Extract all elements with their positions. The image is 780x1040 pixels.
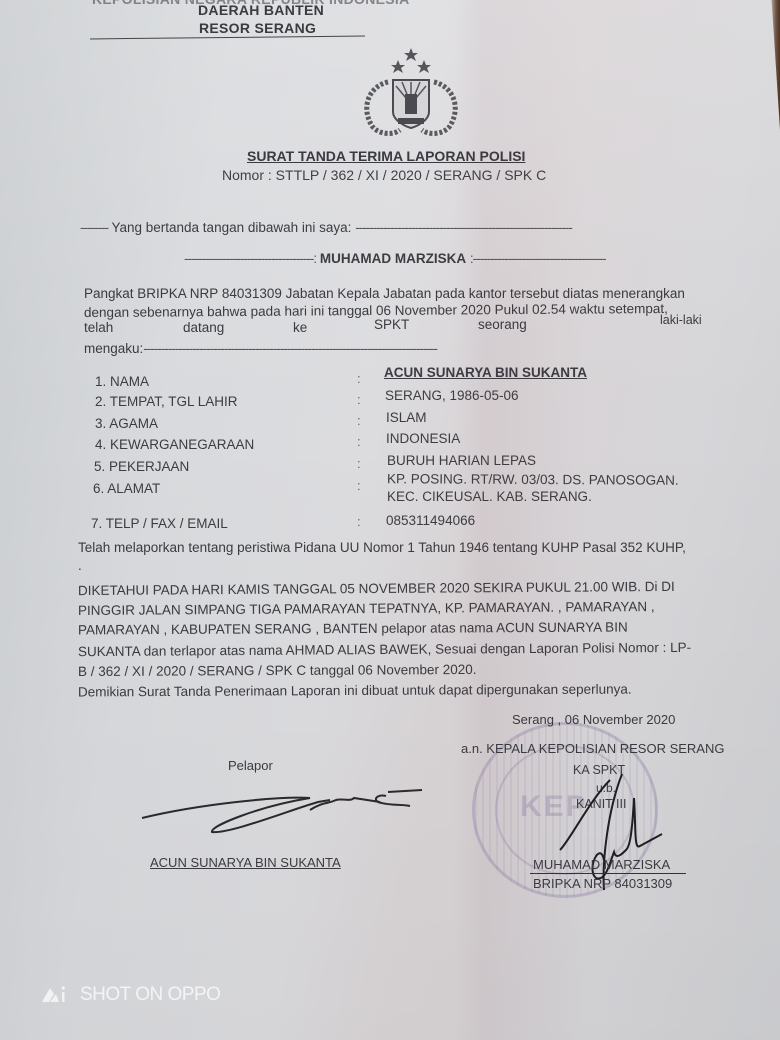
report-dot: .	[78, 558, 82, 573]
field-value-name: ACUN SUNARYA BIN SUKANTA	[384, 365, 587, 380]
mengaku-label: mengaku:	[84, 341, 143, 356]
statement-word: telah	[84, 320, 113, 335]
field-value: INDONESIA	[386, 431, 460, 446]
field-value: KP. POSING. RT/RW. 03/03. DS. PANOSOGAN.	[387, 471, 679, 488]
officer-name: MUHAMAD MARZISKA	[320, 251, 466, 266]
report-line: PINGGIR JALAN SIMPANG TIGA PAMARAYAN TEP…	[78, 599, 655, 618]
statement-word: seorang	[478, 317, 527, 332]
field-label: 3. AGAMA	[95, 416, 158, 431]
intro-text: Yang bertanda tangan dibawah ini saya:	[111, 220, 351, 235]
reported-line: Telah melaporkan tentang peristiwa Pidan…	[78, 540, 686, 555]
report-line: SUKANTA dan terlapor atas nama AHMAD ALI…	[78, 640, 691, 659]
place-date: Serang , 06 November 2020	[512, 712, 675, 727]
field-label: 4. KEWARGANEGARAAN	[95, 437, 254, 452]
intro-line: -------- Yang bertanda tangan dibawah in…	[80, 220, 572, 235]
header-divider	[90, 36, 365, 40]
report-line: DIKETAHUI PADA HARI KAMIS TANGGAL 05 NOV…	[78, 579, 675, 598]
field-label: 5. PEKERJAAN	[94, 459, 189, 474]
reporter-name: ACUN SUNARYA BIN SUKANTA	[150, 855, 341, 870]
police-emblem-icon	[358, 46, 464, 138]
statement-word: ke	[293, 320, 307, 335]
field-label: 7. TELP / FAX / EMAIL	[91, 516, 228, 531]
field-value: 085311494066	[386, 513, 475, 528]
statement-line-4: mengaku:--------------------------------…	[84, 341, 437, 356]
field-value-line-2: KEC. CIKEUSAL. KAB. SERANG.	[387, 489, 592, 504]
field-colon: :	[357, 434, 361, 449]
oppo-logo-icon	[40, 984, 72, 1004]
closing-line: Demikian Surat Tanda Penerimaan Laporan …	[78, 682, 632, 700]
reporter-label: Pelapor	[228, 758, 273, 773]
authority-unit: KANIT III	[576, 797, 626, 811]
org-line-region: DAERAH BANTEN	[198, 2, 324, 18]
field-colon: :	[357, 371, 361, 386]
field-label: 2. TEMPAT, TGL LAHIR	[95, 394, 238, 409]
statement-word: datang	[183, 320, 224, 335]
field-value: BURUH HARIAN LEPAS	[387, 453, 536, 468]
field-label: 6. ALAMAT	[93, 481, 160, 496]
field-colon: :	[357, 456, 361, 471]
officer-rank: BRIPKA NRP 84031309	[533, 876, 672, 891]
field-value: ISLAM	[386, 410, 427, 425]
field-colon: :	[357, 514, 361, 529]
report-line: PAMARAYAN , KABUPATEN SERANG , BANTEN pe…	[78, 620, 628, 638]
officer-line: -------------------------------------: M…	[184, 251, 605, 266]
statement-line-1: Pangkat BRIPKA NRP 84031309 Jabatan Kepa…	[84, 286, 685, 301]
authority-role: KA SPKT	[573, 763, 625, 777]
field-label: 1. NAMA	[95, 374, 149, 389]
statement-word: SPKT	[374, 317, 409, 332]
report-line: B / 362 / XI / 2020 / SERANG / SPK C tan…	[78, 662, 477, 679]
document-number: Nomor : STTLP / 362 / XI / 2020 / SERANG…	[222, 167, 546, 183]
officer-signature-name: MUHAMAD MARZISKA	[533, 857, 670, 872]
authority-ub: u.b.	[596, 781, 616, 795]
camera-watermark: SHOT ON OPPO	[80, 984, 220, 1006]
field-colon: :	[357, 392, 361, 407]
field-colon: :	[357, 413, 361, 428]
org-line-resort: RESOR SERANG	[199, 20, 316, 36]
table-edge	[768, 0, 780, 130]
reporter-signature-icon	[140, 780, 430, 840]
officer-underline	[530, 873, 686, 874]
document-title: SURAT TANDA TERIMA LAPORAN POLISI	[247, 148, 525, 164]
field-colon: :	[357, 478, 361, 493]
statement-word: laki-laki	[660, 313, 702, 327]
field-value: SERANG, 1986-05-06	[385, 388, 519, 403]
authority-line: a.n. KEPALA KEPOLISIAN RESOR SERANG	[461, 741, 724, 756]
